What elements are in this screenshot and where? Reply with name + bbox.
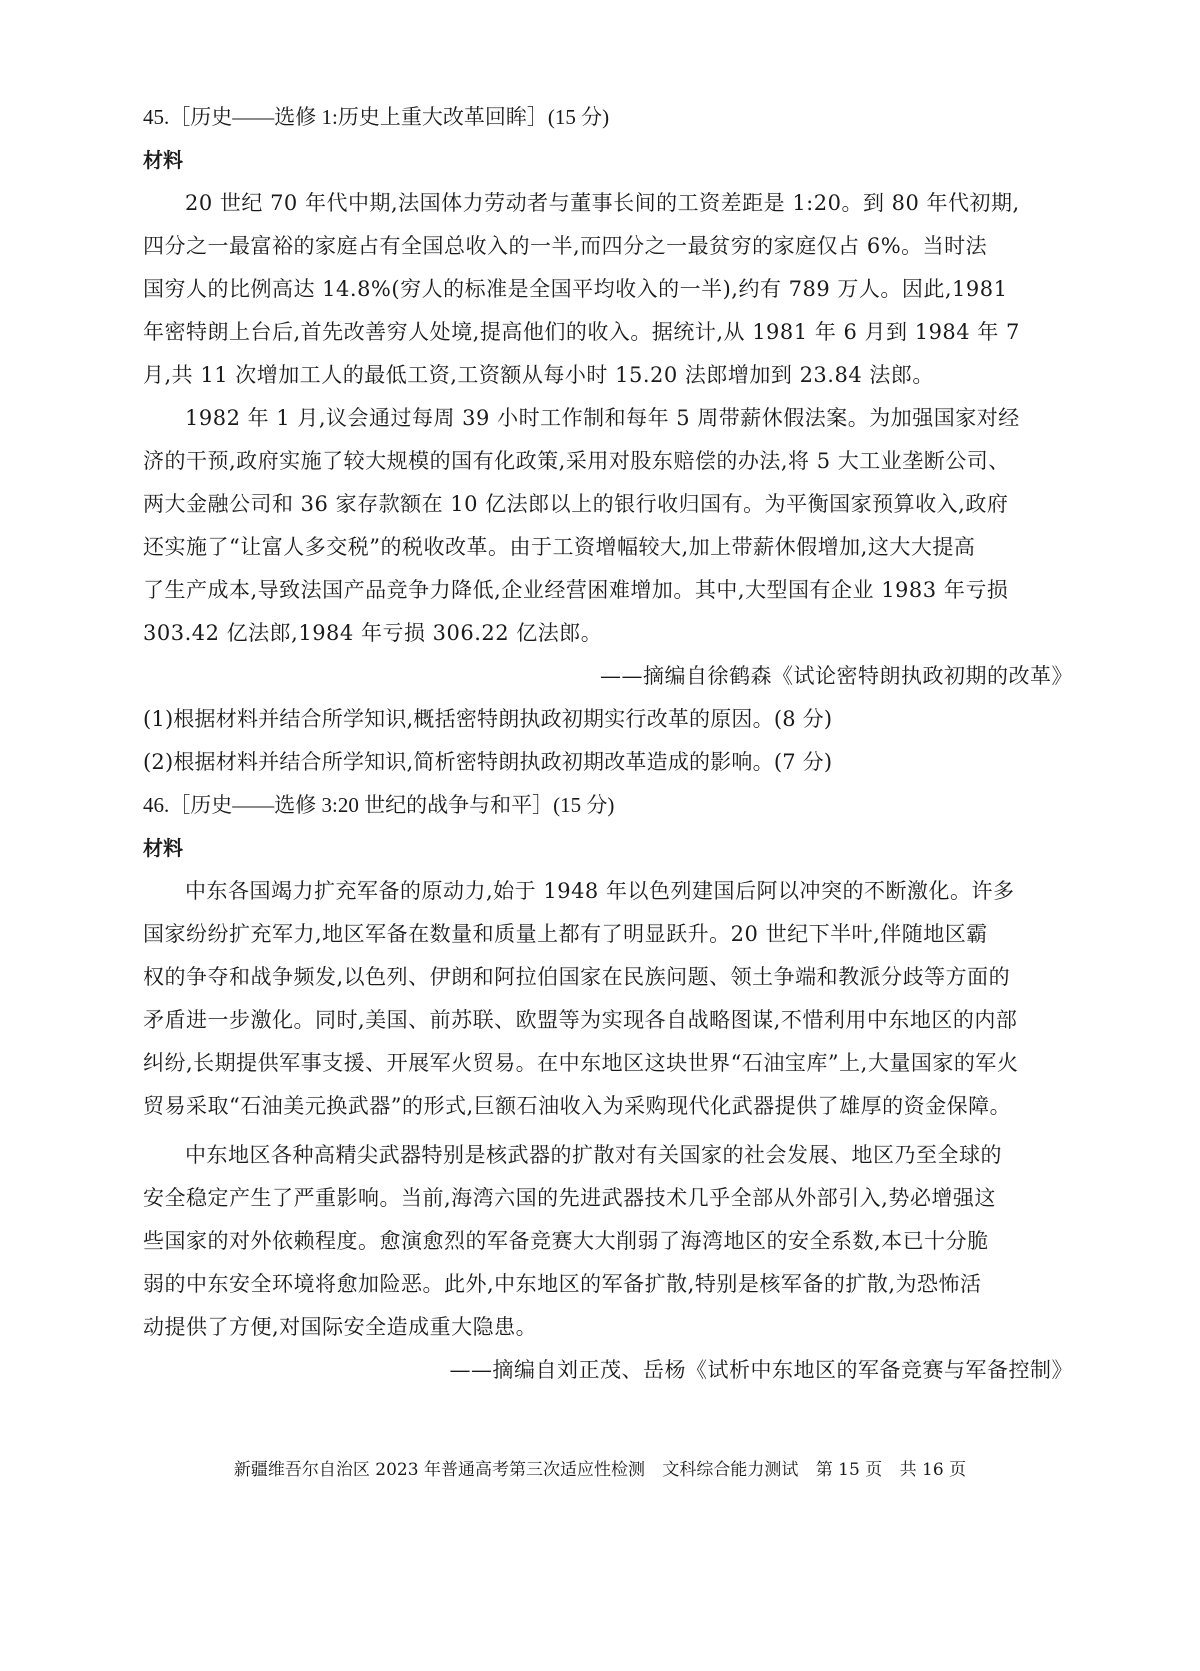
q46-paragraph-1: 中东各国竭力扩充军备的原动力,始于 1948 年以色列建国后阿以冲突的不断激化。… <box>143 870 1073 1128</box>
text-line: 还实施了“让富人多交税”的税收改革。由于工资增幅较大,加上带薪休假增加,这大大提… <box>143 526 1073 569</box>
text-line: 两大金融公司和 36 家存款额在 10 亿法郎以上的银行收归国有。为平衡国家预算… <box>143 483 1073 526</box>
footer-total-pages: 共 16 页 <box>900 1460 966 1480</box>
text-line: 了生产成本,导致法国产品竞争力降低,企业经营困难增加。其中,大型国有企业 198… <box>143 569 1073 612</box>
footer-page-number: 第 15 页 <box>816 1460 882 1480</box>
text-line: 矛盾进一步激化。同时,美国、前苏联、欧盟等为实现各自战略图谋,不惜利用中东地区的… <box>143 999 1073 1042</box>
text-line: 国家纷纷扩充军力,地区军备在数量和质量上都有了明显跃升。20 世纪下半叶,伴随地… <box>143 913 1073 956</box>
q46-paragraph-2: 中东地区各种高精尖武器特别是核武器的扩散对有关国家的社会发展、地区乃至全球的 安… <box>143 1134 1073 1349</box>
text-line: 303.42 亿法郎,1984 年亏损 306.22 亿法郎。 <box>143 612 1073 655</box>
footer-exam-name: 新疆维吾尔自治区 2023 年普通高考第三次适应性检测 <box>234 1460 645 1480</box>
text-line: 权的争夺和战争频发,以色列、伊朗和阿拉伯国家在民族问题、领土争端和教派分歧等方面… <box>143 956 1073 999</box>
text-line: 年密特朗上台后,首先改善穷人处境,提高他们的收入。据统计,从 1981 年 6 … <box>143 311 1073 354</box>
text-line: 纠纷,长期提供军事支援、开展军火贸易。在中东地区这块世界“石油宝库”上,大量国家… <box>143 1042 1073 1085</box>
question-46-title: 46.［历史——选修 3:20 世纪的战争与和平］(15 分) <box>143 784 1073 827</box>
q45-paragraph-1: 20 世纪 70 年代中期,法国体力劳动者与董事长间的工资差距是 1:20。到 … <box>143 182 1073 397</box>
material-label: 材料 <box>143 827 1073 870</box>
text-line: 20 世纪 70 年代中期,法国体力劳动者与董事长间的工资差距是 1:20。到 … <box>143 182 1073 225</box>
source-citation: ——摘编自刘正茂、岳杨《试析中东地区的军备竞赛与军备控制》 <box>143 1349 1073 1392</box>
footer-subject: 文科综合能力测试 <box>662 1460 798 1480</box>
text-line: 中东地区各种高精尖武器特别是核武器的扩散对有关国家的社会发展、地区乃至全球的 <box>143 1134 1073 1177</box>
sub-question-2: (2)根据材料并结合所学知识,简析密特朗执政初期改革造成的影响。(7 分) <box>143 741 1073 784</box>
q45-paragraph-2: 1982 年 1 月,议会通过每周 39 小时工作制和每年 5 周带薪休假法案。… <box>143 397 1073 655</box>
text-line: 动提供了方便,对国际安全造成重大隐患。 <box>143 1306 1073 1349</box>
material-label: 材料 <box>143 139 1073 182</box>
text-line: 国穷人的比例高达 14.8%(穷人的标准是全国平均收入的一半),约有 789 万… <box>143 268 1073 311</box>
text-line: 中东各国竭力扩充军备的原动力,始于 1948 年以色列建国后阿以冲突的不断激化。… <box>143 870 1073 913</box>
text-line: 贸易采取“石油美元换武器”的形式,巨额石油收入为采购现代化武器提供了雄厚的资金保… <box>143 1085 1073 1128</box>
text-line: 四分之一最富裕的家庭占有全国总收入的一半,而四分之一最贫穷的家庭仅占 6%。当时… <box>143 225 1073 268</box>
text-line: 些国家的对外依赖程度。愈演愈烈的军备竞赛大大削弱了海湾地区的安全系数,本已十分脆 <box>143 1220 1073 1263</box>
exam-page: 45.［历史——选修 1:历史上重大改革回眸］(15 分) 材料 20 世纪 7… <box>143 96 1073 1392</box>
text-line: 济的干预,政府实施了较大规模的国有化政策,采用对股东赔偿的办法,将 5 大工业垄… <box>143 440 1073 483</box>
text-line: 安全稳定产生了严重影响。当前,海湾六国的先进武器技术几乎全部从外部引入,势必增强… <box>143 1177 1073 1220</box>
source-citation: ——摘编自徐鹤森《试论密特朗执政初期的改革》 <box>143 655 1073 698</box>
page-footer: 新疆维吾尔自治区 2023 年普通高考第三次适应性检测 文科综合能力测试 第 1… <box>0 1455 1200 1480</box>
question-45-title: 45.［历史——选修 1:历史上重大改革回眸］(15 分) <box>143 96 1073 139</box>
text-line: 弱的中东安全环境将愈加险恶。此外,中东地区的军备扩散,特别是核军备的扩散,为恐怖… <box>143 1263 1073 1306</box>
text-line: 月,共 11 次增加工人的最低工资,工资额从每小时 15.20 法郎增加到 23… <box>143 354 1073 397</box>
sub-question-1: (1)根据材料并结合所学知识,概括密特朗执政初期实行改革的原因。(8 分) <box>143 698 1073 741</box>
text-line: 1982 年 1 月,议会通过每周 39 小时工作制和每年 5 周带薪休假法案。… <box>143 397 1073 440</box>
